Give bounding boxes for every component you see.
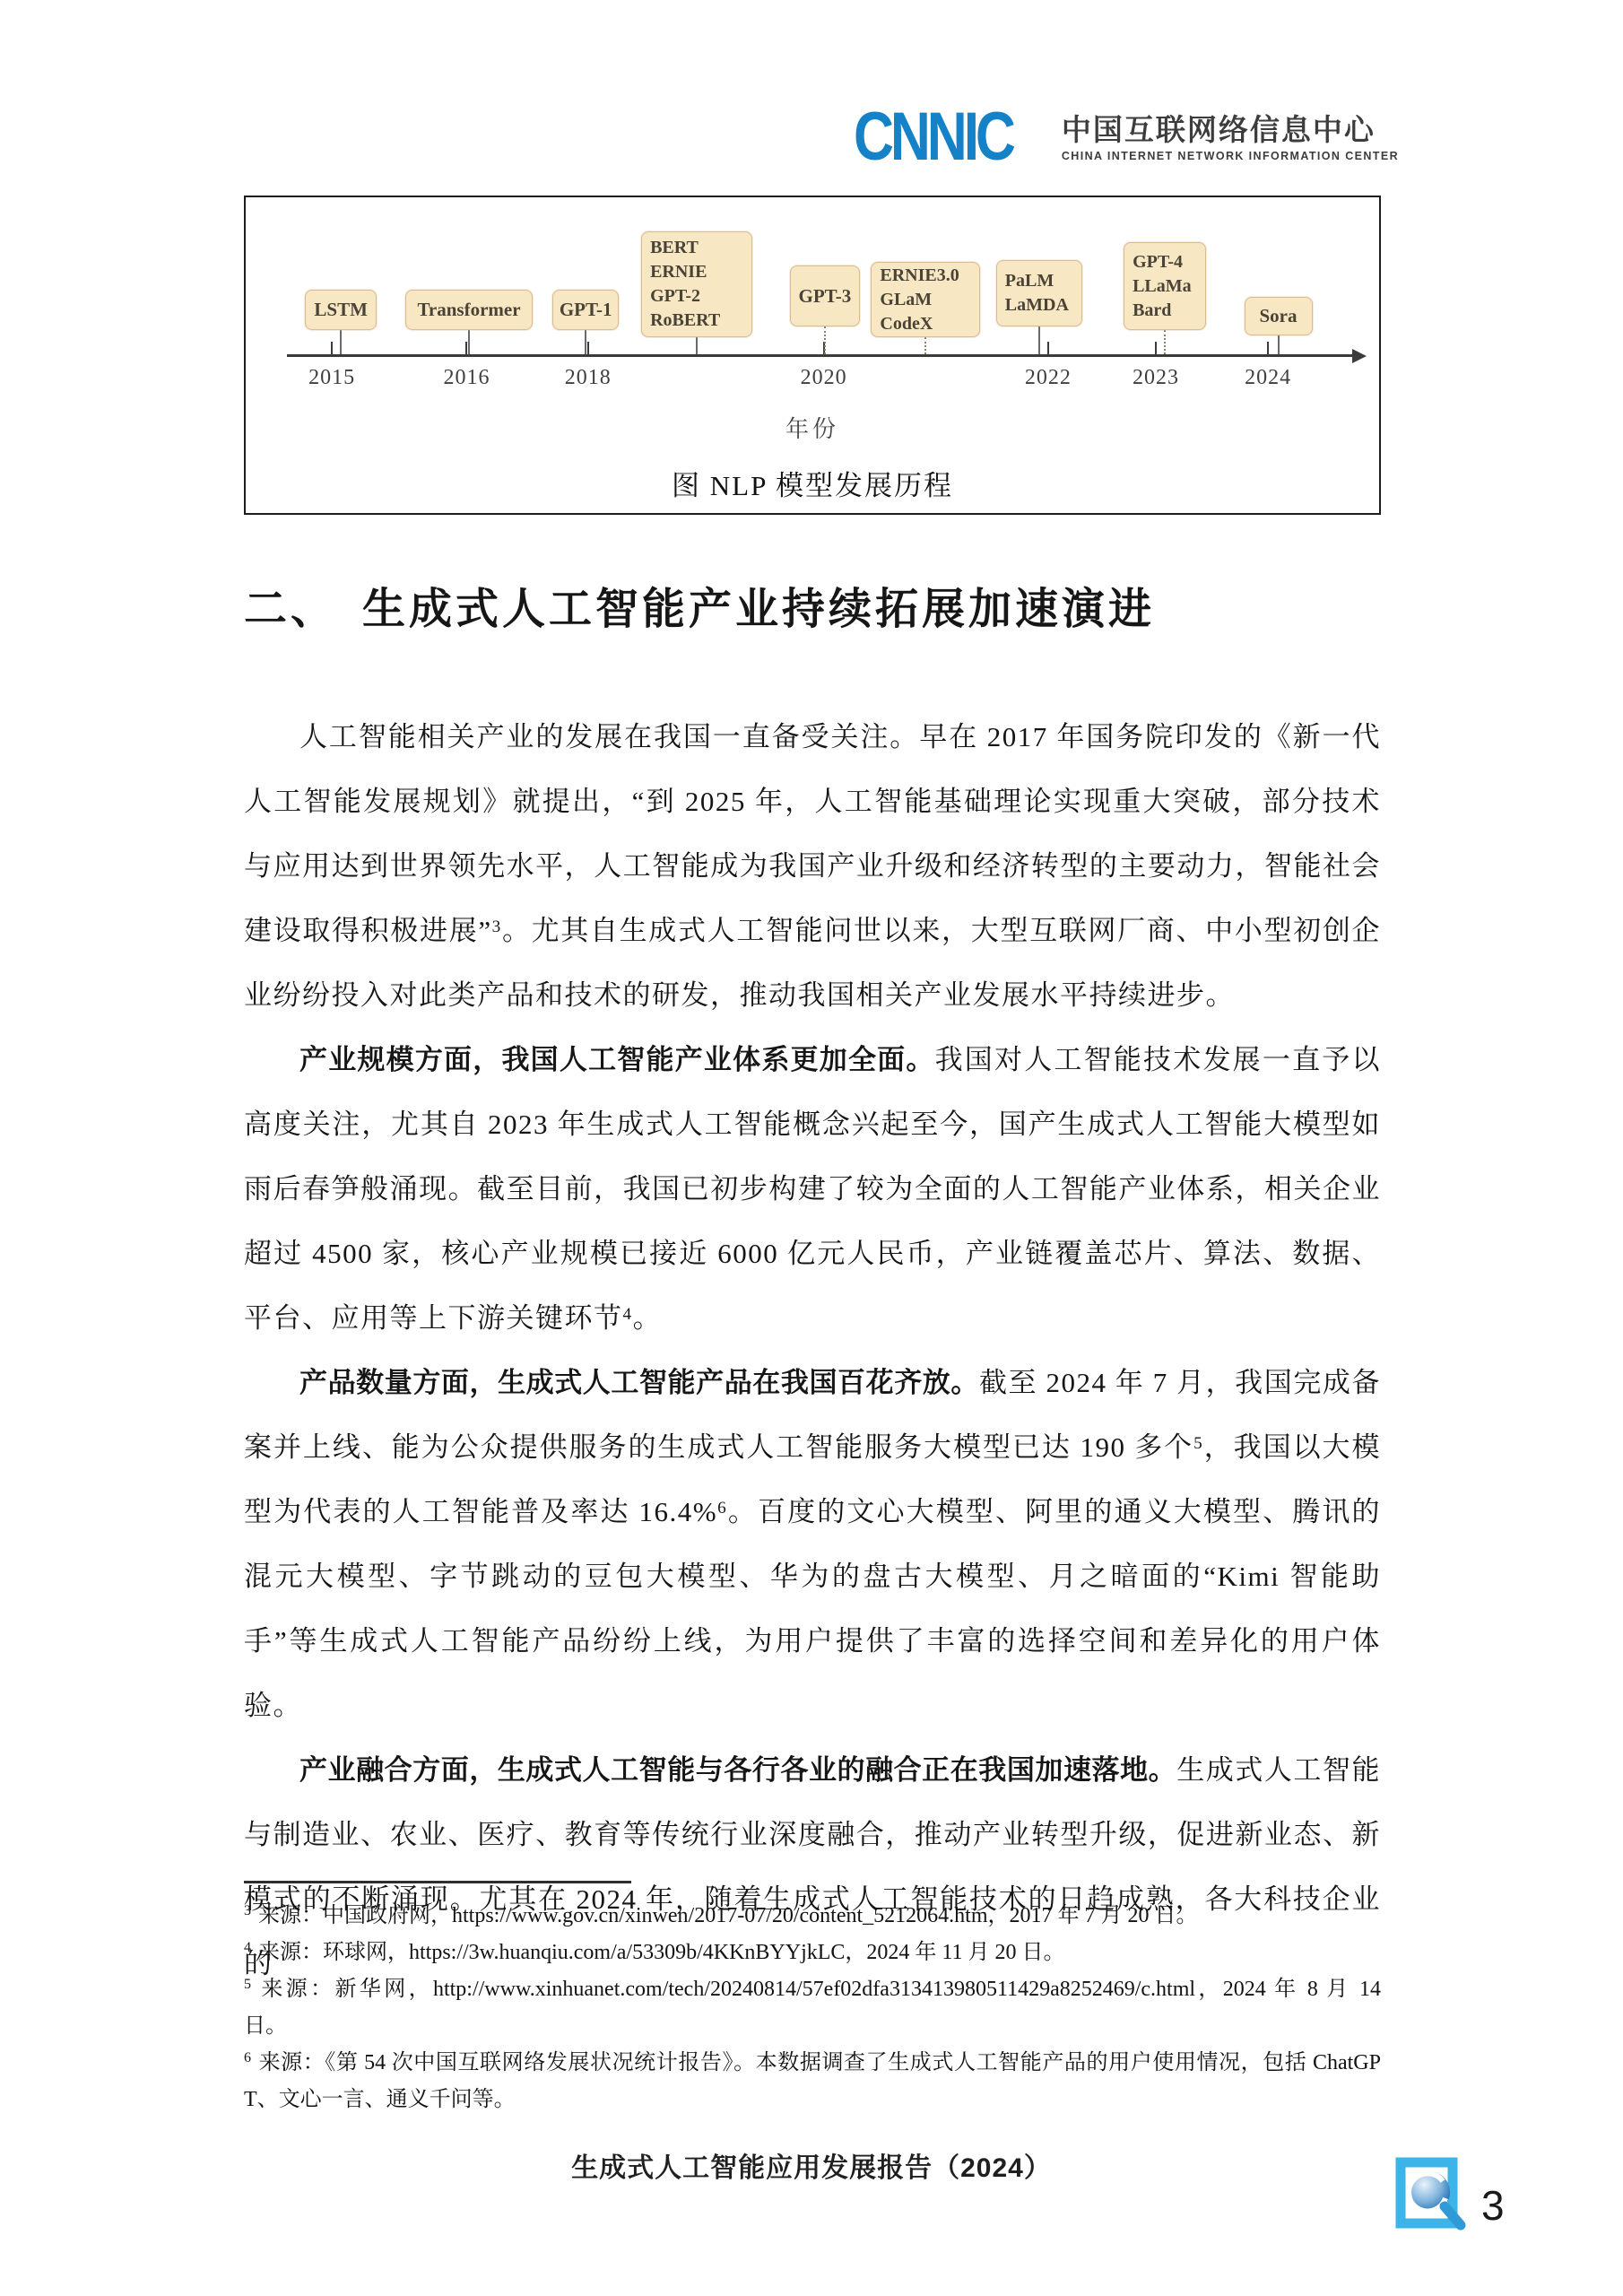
model-box: Transformer — [405, 290, 533, 330]
model-box: GPT-4LLaMaBard — [1124, 242, 1206, 330]
org-name-en: CHINA INTERNET NETWORK INFORMATION CENTE… — [1062, 150, 1399, 162]
cnnic-org-block: 中国互联网络信息中心 CHINA INTERNET NETWORK INFORM… — [1062, 113, 1399, 162]
timeline-tick — [1047, 342, 1049, 357]
timeline-tick — [1267, 342, 1269, 357]
timeline-year-label: 2022 — [1025, 366, 1072, 390]
footnote: 5来源：新华网，http://www.xinhuanet.com/tech/20… — [244, 1971, 1381, 2045]
nlp-timeline-figure: 2015201620182020202220232024LSTMTransfor… — [244, 196, 1381, 515]
model-label: GPT-4 — [1133, 250, 1183, 274]
timeline-axis-label: 年份 — [246, 411, 1379, 444]
model-label: RoBERT — [650, 309, 720, 333]
model-label: GLaM — [880, 288, 932, 312]
figure-caption: 图 NLP 模型发展历程 — [246, 463, 1379, 503]
timeline-connector — [1278, 335, 1280, 354]
model-box: LSTM — [305, 290, 377, 330]
model-label: CodeX — [880, 312, 933, 336]
timeline-connector — [1038, 326, 1040, 354]
model-label: Sora — [1260, 305, 1298, 327]
timeline-year-label: 2015 — [308, 366, 355, 390]
org-name-cn: 中国互联网络信息中心 — [1062, 113, 1399, 147]
timeline-connector — [468, 330, 470, 354]
cnnic-wordmark-icon: CNNIC — [854, 109, 1012, 165]
model-label: Bard — [1133, 299, 1171, 323]
model-box: BERTERNIEGPT-2RoBERT — [641, 231, 752, 337]
timeline-tick — [1155, 342, 1157, 357]
timeline-connector — [924, 337, 926, 354]
model-label: PaLM — [1005, 269, 1054, 293]
timeline-connector — [340, 330, 342, 354]
body-text: 人工智能相关产业的发展在我国一直备受关注。早在 2017 年国务院印发的《新一代… — [244, 705, 1381, 1996]
timeline-connector — [1164, 330, 1166, 354]
timeline-year-label: 2018 — [565, 366, 612, 390]
footnote: 3来源：中国政府网，https://www.gov.cn/xinwen/2017… — [244, 1898, 1381, 1935]
paragraph: 产业规模方面，我国人工智能产业体系更加全面。我国对人工智能技术发展一直予以高度关… — [244, 1028, 1381, 1351]
timeline-axis-arrow-icon — [1352, 349, 1367, 363]
timeline-tick — [587, 342, 589, 357]
model-box: Sora — [1245, 297, 1313, 335]
footer-logo-icon — [1395, 2156, 1469, 2231]
timeline-connector — [696, 337, 698, 354]
footnote: 4来源：环球网，https://3w.huanqiu.com/a/53309b/… — [244, 1935, 1381, 1971]
model-box: PaLMLaMDA — [996, 260, 1082, 326]
timeline-tick — [331, 342, 333, 357]
model-label: ERNIE3.0 — [880, 264, 959, 288]
model-label: LLaMa — [1133, 274, 1192, 299]
model-label: LSTM — [314, 299, 368, 321]
footnote-divider — [244, 1881, 631, 1883]
model-box: GPT-1 — [552, 290, 619, 330]
footnotes-list: 3来源：中国政府网，https://www.gov.cn/xinwen/2017… — [244, 1898, 1381, 2118]
timeline-year-label: 2024 — [1245, 366, 1291, 390]
timeline-axis — [287, 354, 1352, 357]
model-label: LaMDA — [1005, 293, 1069, 317]
model-label: GPT-3 — [799, 285, 852, 308]
footnote: 6来源：《第 54 次中国互联网络发展状况统计报告》。本数据调查了生成式人工智能… — [244, 2045, 1381, 2118]
paragraph: 人工智能相关产业的发展在我国一直备受关注。早在 2017 年国务院印发的《新一代… — [244, 705, 1381, 1028]
timeline-connector — [824, 326, 826, 354]
timeline-year-label: 2020 — [801, 366, 847, 390]
model-box: ERNIE3.0GLaMCodeX — [871, 262, 980, 337]
paragraph: 产品数量方面，生成式人工智能产品在我国百花齐放。截至 2024 年 7 月，我国… — [244, 1351, 1381, 1738]
page-number: 3 — [1481, 2181, 1505, 2230]
model-label: ERNIE — [650, 260, 707, 284]
footer-report-title: 生成式人工智能应用发展报告（2024） — [0, 2145, 1623, 2185]
timeline-year-label: 2016 — [443, 366, 490, 390]
timeline-connector — [585, 330, 586, 354]
model-label: Transformer — [417, 299, 520, 321]
page-header: CNNIC 中国互联网络信息中心 CHINA INTERNET NETWORK … — [854, 109, 1399, 165]
model-box: GPT-3 — [790, 265, 860, 326]
model-label: GPT-1 — [560, 299, 612, 321]
timeline-year-label: 2023 — [1133, 366, 1179, 390]
section-heading: 二、 生成式人工智能产业持续拓展加速演进 — [244, 581, 1410, 639]
model-label: BERT — [650, 236, 699, 260]
model-label: GPT-2 — [650, 284, 700, 309]
